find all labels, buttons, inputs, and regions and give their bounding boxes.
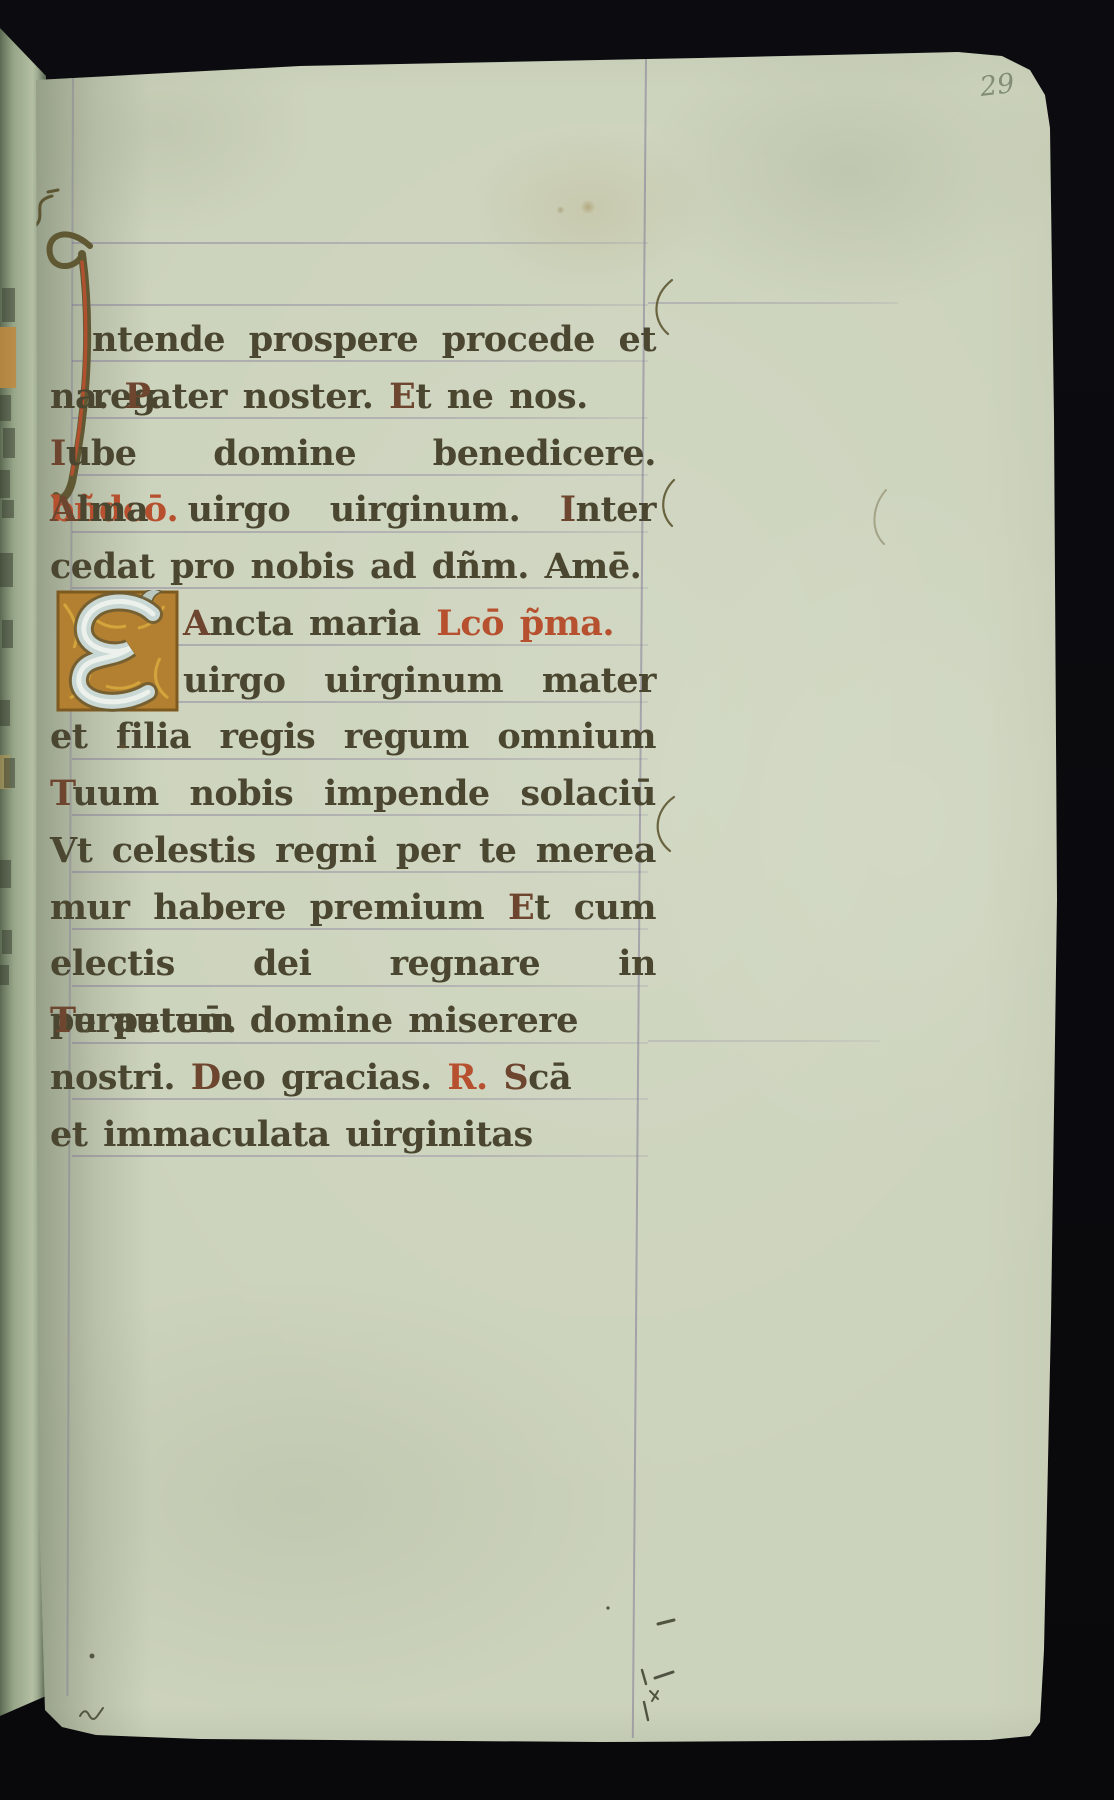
- body-text: A: [183, 603, 210, 644]
- top-rule-extension: [648, 302, 898, 304]
- body-text: uirgo uirginum mater: [183, 660, 656, 701]
- body-text: na.: [50, 376, 125, 417]
- body-text: Vt celestis regni per te merea: [50, 830, 656, 871]
- text-line-11: mur habere premium Et cum: [50, 880, 656, 937]
- text-line-12: electis dei regnare in perpetuū.: [50, 936, 656, 993]
- body-text: lma uirgo uirginum.: [77, 489, 560, 530]
- folio-number: 29: [978, 68, 1016, 103]
- body-text: ube domine benedicere.: [66, 433, 656, 474]
- lower-rule-extension: [648, 1040, 880, 1042]
- body-text: E: [508, 887, 534, 928]
- text-line-4: Alma uirgo uirginum. Inter: [50, 482, 656, 539]
- ruled-line-1: [72, 304, 648, 306]
- margin-pen-stroke-icon: [868, 486, 892, 550]
- body-text: ncta maria: [210, 603, 437, 644]
- body-text: I: [560, 489, 576, 530]
- body-text: cedat pro nobis ad dñm. Amē.: [50, 546, 641, 587]
- body-text: T: [50, 773, 72, 814]
- line-end-flourish-icon: [648, 793, 678, 855]
- text-line-14: nostri. Deo gracias. R. Scā: [50, 1050, 656, 1107]
- body-text: D: [191, 1057, 221, 1098]
- body-text: cā: [528, 1057, 571, 1098]
- stain-spot: [580, 200, 596, 214]
- rubric-text: Lcō p̃ma.: [436, 603, 614, 644]
- text-line-5: cedat pro nobis ad dñm. Amē.: [50, 539, 656, 596]
- body-text: nostri.: [50, 1057, 191, 1098]
- text-line-6: Ancta maria Lcō p̃ma.: [183, 596, 656, 653]
- text-line-8: et filia regis regum omnium: [50, 709, 656, 766]
- stain-spot: [556, 206, 565, 214]
- body-text: et immaculata uirginitas: [50, 1114, 533, 1155]
- text-block: ntende prospere procede et regna. Pater …: [50, 312, 656, 1163]
- manuscript-photo: 29 ntende prospere procede et r: [0, 0, 1114, 1800]
- body-text: P: [125, 376, 150, 417]
- rubric-text: R.: [447, 1057, 503, 1098]
- body-text: mur habere premium: [50, 887, 508, 928]
- body-text: eo gracias.: [221, 1057, 448, 1098]
- pen-trial-marks: [598, 1594, 698, 1734]
- manuscript-leaf: 29 ntende prospere procede et r: [0, 0, 1114, 1800]
- body-text: nter: [576, 489, 656, 530]
- text-line-1: ntende prospere procede et reg: [92, 312, 656, 369]
- text-line-7: uirgo uirginum mater: [183, 653, 656, 710]
- body-text: S: [503, 1057, 528, 1098]
- body-text: T: [50, 1000, 72, 1041]
- body-text: E: [389, 376, 415, 417]
- body-text: I: [50, 433, 66, 474]
- underleaf-gold-block: [0, 327, 16, 388]
- stain-spot: [118, 742, 128, 751]
- body-text: ater noster.: [149, 376, 389, 417]
- underleaf-ink-marks: [0, 288, 15, 985]
- text-line-9: Tuum nobis impende solaciū: [50, 766, 656, 823]
- text-line-3: Iube domine benedicere. bñdcō.: [50, 426, 656, 483]
- text-line-15: et immaculata uirginitas: [50, 1107, 656, 1164]
- line-end-flourish-icon: [648, 276, 676, 338]
- ruled-line-0: [72, 242, 648, 244]
- underleaf-text-fragments: [0, 284, 20, 1044]
- body-text: A: [50, 489, 77, 530]
- body-text: et filia regis regum omnium: [50, 716, 656, 757]
- pen-trial-marks: [76, 1646, 106, 1730]
- text-line-13: Tu autem domine miserere: [50, 993, 656, 1050]
- body-text: u autem domine miserere: [72, 1000, 578, 1041]
- text-line-10: Vt celestis regni per te merea: [50, 823, 656, 880]
- body-text: t cum: [534, 887, 656, 928]
- text-line-2: na. Pater noster. Et ne nos.: [50, 369, 656, 426]
- body-text: t ne nos.: [415, 376, 587, 417]
- line-end-flourish-icon: [658, 478, 678, 530]
- body-text: uum nobis impende solaciū: [72, 773, 656, 814]
